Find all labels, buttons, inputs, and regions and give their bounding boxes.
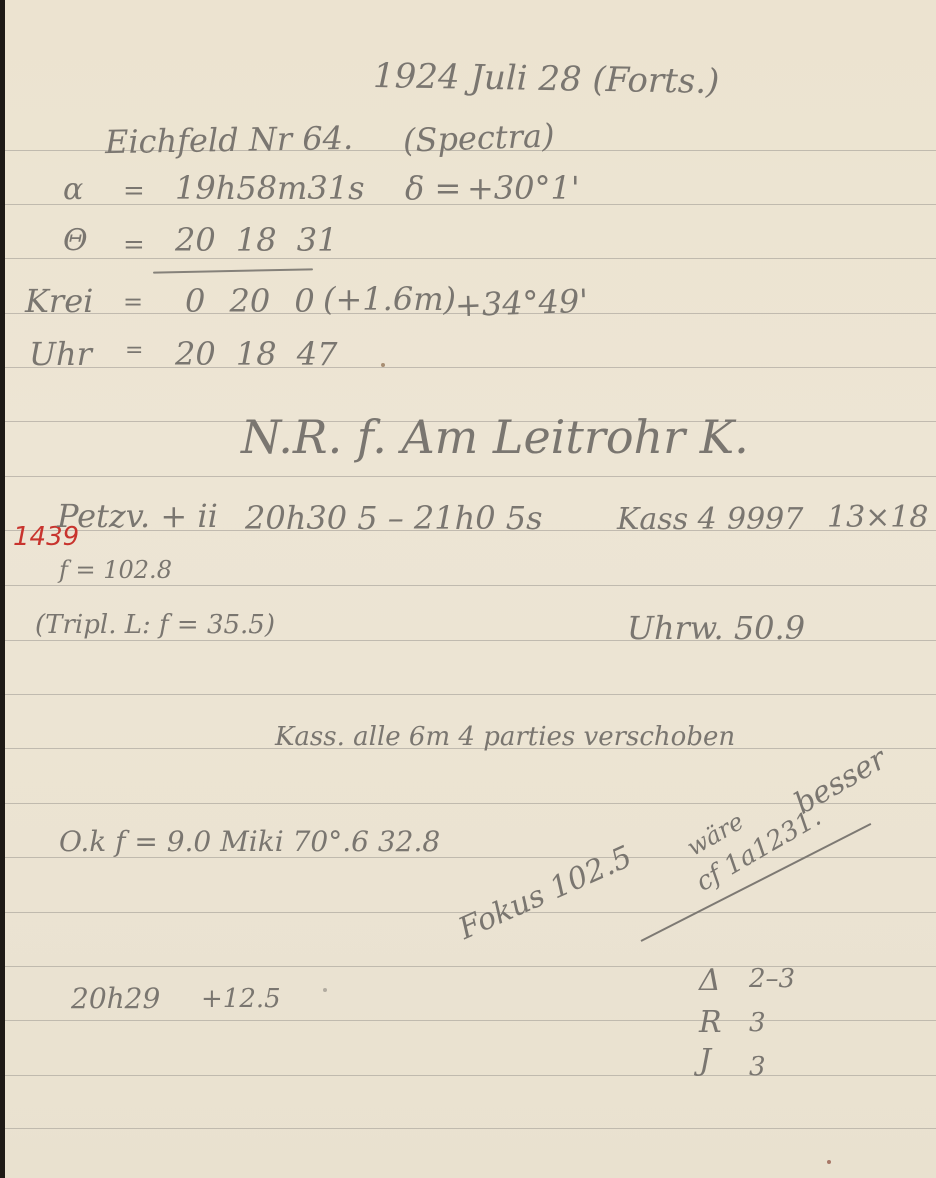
paper-speck (827, 1160, 831, 1164)
ruled-line (5, 1020, 936, 1021)
quality-value: 2–3 (749, 966, 795, 992)
subtraction-line (153, 268, 313, 273)
quality-symbol: Δ (699, 966, 721, 996)
cassette-note: Kass. alle 6m 4 parties verschoben (275, 724, 735, 750)
ruled-line (5, 966, 936, 967)
quality-value: 3 (749, 1010, 766, 1036)
alpha-value: 19h58m31s (175, 172, 365, 204)
guide-heading: N.R. f. Am Leitrohr K. (241, 414, 749, 460)
theta-eq: = (123, 232, 145, 258)
exposure-time-range: 20h30 5 – 21h0 5s (245, 502, 543, 534)
uhr-value: 20 18 47 (175, 338, 338, 370)
plate-id: 9997 (727, 505, 803, 535)
ink-speck (381, 363, 385, 367)
delta-label: δ = (405, 172, 461, 204)
field-title: Eichfeld Nr 64. (105, 122, 354, 158)
ruled-line (5, 1128, 936, 1129)
quality-value: 3 (749, 1054, 766, 1080)
krein-label: Krei (25, 285, 93, 317)
ruled-line (5, 694, 936, 695)
alpha-eq: = (123, 178, 145, 204)
quality-symbol: R (699, 1008, 722, 1038)
krein-angle: +34°49' (454, 285, 588, 322)
ruled-line (5, 367, 936, 368)
instrument: Petzv. + ii (57, 500, 218, 532)
theta-value: 20 18 31 (175, 224, 338, 256)
field-note: (Spectra) (402, 119, 554, 156)
ruled-line (5, 476, 936, 477)
date-header: 1924 Juli 28 (Forts.) (373, 59, 720, 99)
focal-length: f = 102.8 (59, 558, 172, 582)
uhr-label: Uhr (29, 338, 92, 370)
ocular-line: O.k f = 9.0 Miki 70°.6 32.8 (59, 828, 440, 856)
footer-value: +12.5 (201, 986, 281, 1012)
krein-value: 0 20 0 (185, 285, 315, 317)
plate-size: 13×18 (827, 503, 928, 533)
clock-rate: Uhrw. 50.9 (627, 612, 805, 644)
alpha-label: α (63, 175, 83, 205)
ruled-line (5, 585, 936, 586)
ruled-line (5, 1075, 936, 1076)
krein-correction: (+1.6m) (323, 283, 456, 315)
footer-time: 20h29 (71, 985, 160, 1013)
uhr-eq: = (125, 340, 143, 362)
delta-value: +30°1' (467, 172, 580, 204)
triplet-note: (Tripl. L: f = 35.5) (35, 612, 275, 638)
krein-eq: = (123, 290, 143, 314)
quality-symbol: J (699, 1046, 711, 1076)
cassette: Kass 4 (617, 505, 717, 535)
pencil-dot (323, 988, 327, 992)
theta-label: Θ (63, 226, 88, 256)
notebook-page: 1924 Juli 28 (Forts.) Eichfeld Nr 64. (S… (5, 0, 936, 1178)
